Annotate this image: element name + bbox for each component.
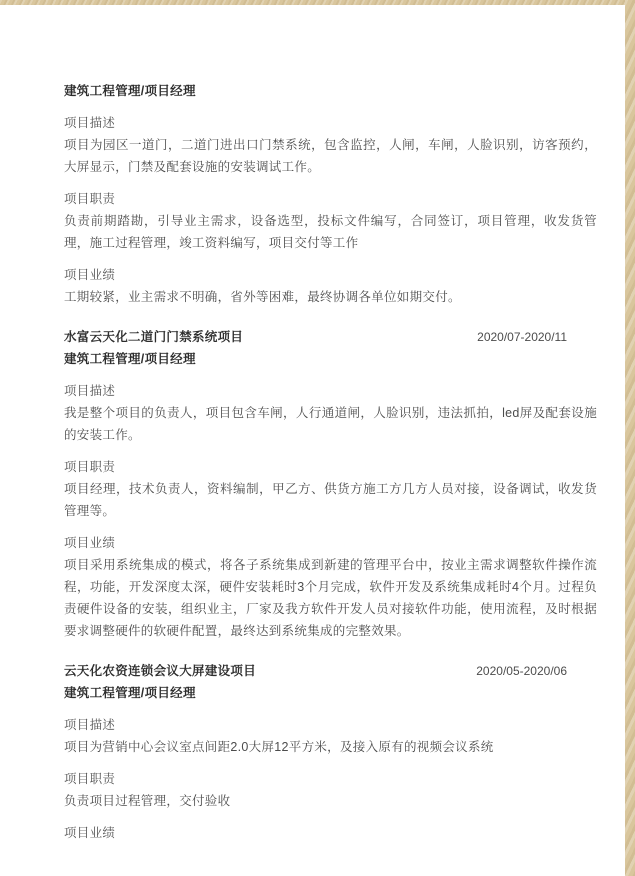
project-section: 云天化农资连锁会议大屏建设项目 2020/05-2020/06 建筑工程管理/项… bbox=[64, 660, 597, 844]
project-block-description: 项目描述 项目为园区一道门，二道门进出口门禁系统，包含监控，人闸，车闸，人脸识别… bbox=[64, 112, 597, 178]
project-section: 水富云天化二道门门禁系统项目 2020/07-2020/11 建筑工程管理/项目… bbox=[64, 326, 597, 642]
project-block-achievement: 项目业绩 工期较紧，业主需求不明确，省外等困难，最终协调各单位如期交付。 bbox=[64, 264, 597, 308]
block-label: 项目描述 bbox=[64, 380, 597, 402]
project-date: 2020/05-2020/06 bbox=[476, 660, 567, 682]
block-text: 项目为园区一道门，二道门进出口门禁系统，包含监控，人闸，车闸，人脸识别，访客预约… bbox=[64, 134, 597, 178]
block-text: 项目经理，技术负责人，资料编制，甲乙方、供货方施工方几方人员对接，设备调试，收发… bbox=[64, 478, 597, 522]
project-header: 水富云天化二道门门禁系统项目 2020/07-2020/11 建筑工程管理/项目… bbox=[64, 326, 597, 370]
block-label: 项目描述 bbox=[64, 112, 597, 134]
project-block-description: 项目描述 我是整个项目的负责人，项目包含车闸，人行通道闸，人脸识别，违法抓拍，l… bbox=[64, 380, 597, 446]
project-title: 水富云天化二道门门禁系统项目 bbox=[64, 326, 243, 348]
page-edge-right bbox=[625, 0, 635, 876]
project-role: 建筑工程管理/项目经理 bbox=[64, 348, 597, 370]
project-title-row: 云天化农资连锁会议大屏建设项目 2020/05-2020/06 bbox=[64, 660, 597, 682]
project-block-responsibility: 项目职责 项目经理，技术负责人，资料编制，甲乙方、供货方施工方几方人员对接，设备… bbox=[64, 456, 597, 522]
project-section: 建筑工程管理/项目经理 项目描述 项目为园区一道门，二道门进出口门禁系统，包含监… bbox=[64, 80, 597, 308]
block-label: 项目业绩 bbox=[64, 532, 597, 554]
block-label: 项目职责 bbox=[64, 456, 597, 478]
project-title: 云天化农资连锁会议大屏建设项目 bbox=[64, 660, 256, 682]
project-block-achievement: 项目业绩 bbox=[64, 822, 597, 844]
block-label: 项目业绩 bbox=[64, 822, 597, 844]
project-title-row: 水富云天化二道门门禁系统项目 2020/07-2020/11 bbox=[64, 326, 597, 348]
block-text: 负责前期踏勘，引导业主需求，设备选型，投标文件编写，合同签订，项目管理，收发货管… bbox=[64, 210, 597, 254]
project-role: 建筑工程管理/项目经理 bbox=[64, 80, 597, 102]
block-label: 项目职责 bbox=[64, 768, 597, 790]
block-text: 工期较紧，业主需求不明确，省外等困难，最终协调各单位如期交付。 bbox=[64, 286, 597, 308]
block-text: 项目采用系统集成的模式，将各子系统集成到新建的管理平台中，按业主需求调整软件操作… bbox=[64, 554, 597, 642]
page-edge-top bbox=[0, 0, 635, 5]
block-text: 负责项目过程管理，交付验收 bbox=[64, 790, 597, 812]
project-block-description: 项目描述 项目为营销中心会议室点间距2.0大屏12平方米，及接入原有的视频会议系… bbox=[64, 714, 597, 758]
project-block-responsibility: 项目职责 负责项目过程管理，交付验收 bbox=[64, 768, 597, 812]
block-label: 项目职责 bbox=[64, 188, 597, 210]
block-text: 我是整个项目的负责人，项目包含车闸，人行通道闸，人脸识别，违法抓拍，led屏及配… bbox=[64, 402, 597, 446]
block-label: 项目描述 bbox=[64, 714, 597, 736]
project-role: 建筑工程管理/项目经理 bbox=[64, 682, 597, 704]
resume-page: 建筑工程管理/项目经理 项目描述 项目为园区一道门，二道门进出口门禁系统，包含监… bbox=[64, 80, 597, 844]
project-header: 云天化农资连锁会议大屏建设项目 2020/05-2020/06 建筑工程管理/项… bbox=[64, 660, 597, 704]
block-text: 项目为营销中心会议室点间距2.0大屏12平方米，及接入原有的视频会议系统 bbox=[64, 736, 597, 758]
project-block-responsibility: 项目职责 负责前期踏勘，引导业主需求，设备选型，投标文件编写，合同签订，项目管理… bbox=[64, 188, 597, 254]
project-block-achievement: 项目业绩 项目采用系统集成的模式，将各子系统集成到新建的管理平台中，按业主需求调… bbox=[64, 532, 597, 642]
project-date: 2020/07-2020/11 bbox=[477, 326, 567, 348]
block-label: 项目业绩 bbox=[64, 264, 597, 286]
